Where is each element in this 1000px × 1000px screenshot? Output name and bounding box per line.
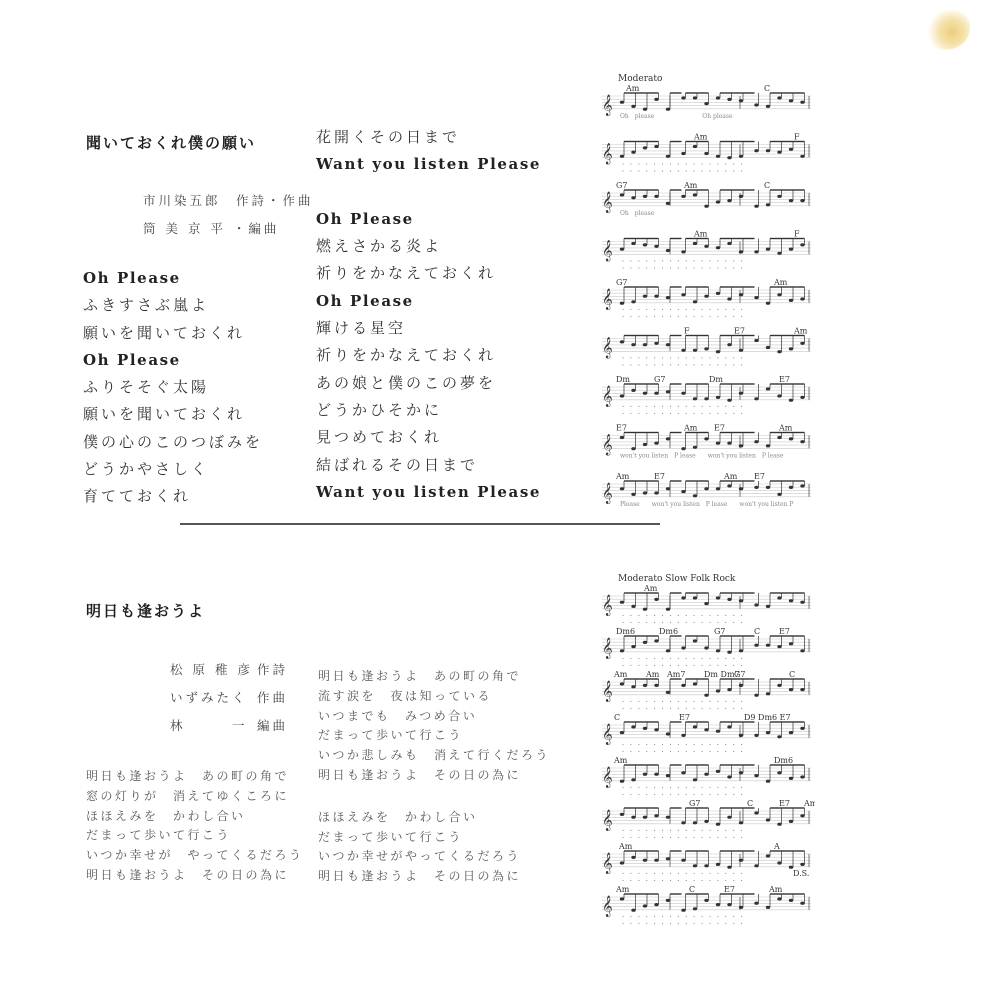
chord-symbol: C (754, 627, 760, 636)
svg-text:・ ・ ・ ・ ・ ・ ・ ・ ・ ・ ・ ・ ・ ・ ・: ・ ・ ・ ・ ・ ・ ・ ・ ・ ・ ・ ・ ・ ・ ・ ・ (620, 749, 745, 756)
chord-symbol: G7 (654, 375, 665, 384)
chord-symbol: F (794, 230, 800, 239)
score-lyric-row: ・ ・ ・ ・ ・ ・ ・ ・ ・ ・ ・ ・ ・ ・ ・ ・ (620, 259, 745, 266)
chord-symbol: Dm6 (774, 756, 793, 765)
treble-clef-icon: 𝄞 (602, 192, 613, 213)
svg-text:・ ・ ・ ・ ・ ・ ・ ・ ・ ・ ・ ・ ・ ・ ・: ・ ・ ・ ・ ・ ・ ・ ・ ・ ・ ・ ・ ・ ・ ・ ・ (620, 921, 745, 928)
chord-symbol: D9 Dm6 E7 (744, 713, 791, 722)
chord-symbol: Am (625, 84, 640, 93)
lyric-line: 明日も逢おうよ その日の為に (318, 766, 550, 786)
svg-text:・ ・ ・ ・ ・ ・ ・ ・ ・ ・ ・ ・ ・ ・ ・: ・ ・ ・ ・ ・ ・ ・ ・ ・ ・ ・ ・ ・ ・ ・ ・ (620, 663, 745, 670)
lyric-line: Oh Please (316, 206, 541, 233)
lyric-line: 祈りをかなえておくれ (316, 260, 541, 287)
chord-symbol: A (773, 842, 780, 851)
lyric-line: 願いを聞いておくれ (83, 320, 263, 347)
chord-symbol: Am (615, 885, 630, 894)
lyric-line: あの娘と僕のこの夢を (316, 370, 541, 397)
treble-clef-icon: 𝄞 (602, 853, 613, 874)
lyric-line: いつか幸せがやってくるだろう (318, 847, 550, 867)
chord-symbol: E7 (779, 799, 790, 808)
score-lyric-row: ・ ・ ・ ・ ・ ・ ・ ・ ・ ・ ・ ・ ・ ・ ・ ・ (620, 871, 745, 878)
song1-sheet-music: ModeratoAmC𝄞Oh please Oh pleaseAmF𝄞・ ・ ・… (600, 72, 815, 523)
song2-credit-composer-name: いずみたく (170, 688, 248, 706)
lyric-line: 流す涙を 夜は知っている (318, 687, 550, 707)
lyric-line: 明日も逢おうよ その日の為に (86, 866, 304, 886)
treble-clef-icon: 𝄞 (602, 289, 613, 310)
score-lyric-row: ・ ・ ・ ・ ・ ・ ・ ・ ・ ・ ・ ・ ・ ・ ・ ・ (620, 162, 745, 169)
chord-symbol: Am (723, 472, 738, 481)
chord-symbol: C (789, 670, 795, 679)
stanza-gap (316, 179, 541, 206)
svg-text:・ ・ ・ ・ ・ ・ ・ ・ ・ ・ ・ ・ ・ ・ ・: ・ ・ ・ ・ ・ ・ ・ ・ ・ ・ ・ ・ ・ ・ ・ ・ (620, 266, 745, 273)
score-lyric-row: ・ ・ ・ ・ ・ ・ ・ ・ ・ ・ ・ ・ ・ ・ ・ ・ (620, 656, 745, 663)
chord-symbol: Am (693, 230, 708, 239)
song2-lyrics-left: 明日も逢おうよ あの町の角で窓の灯りが 消えてゆくころにほほえみを かわし合いだ… (86, 767, 304, 886)
svg-text:・ ・ ・ ・ ・ ・ ・ ・ ・ ・ ・ ・ ・ ・ ・: ・ ・ ・ ・ ・ ・ ・ ・ ・ ・ ・ ・ ・ ・ ・ ・ (620, 706, 745, 713)
score-lyric-row: won't you listen P lease won't you liste… (620, 453, 784, 460)
lyric-line: 燃えさかる炎よ (316, 233, 541, 260)
chord-symbol: G7 (689, 799, 700, 808)
paper-stain (925, 10, 970, 50)
lyric-line: どうかやさしく (83, 456, 263, 483)
treble-clef-icon: 𝄞 (602, 144, 613, 165)
treble-clef-icon: 𝄞 (602, 638, 613, 659)
treble-clef-icon: 𝄞 (602, 896, 613, 917)
lyric-line: Want you listen Please (316, 151, 541, 178)
lyric-line: ふきすさぶ嵐よ (83, 292, 263, 319)
svg-text:・ ・ ・ ・ ・ ・ ・ ・ ・ ・ ・ ・ ・ ・ ・: ・ ・ ・ ・ ・ ・ ・ ・ ・ ・ ・ ・ ・ ・ ・ ・ (620, 792, 745, 799)
lyric-line: いつか幸せが やってくるだろう (86, 846, 304, 866)
chord-symbol: Am (643, 584, 658, 593)
chord-symbol: E7 (714, 424, 725, 433)
svg-text:・ ・ ・ ・ ・ ・ ・ ・ ・ ・ ・ ・ ・ ・ ・: ・ ・ ・ ・ ・ ・ ・ ・ ・ ・ ・ ・ ・ ・ ・ ・ (620, 314, 745, 321)
lyric-line: 結ばれるその日まで (316, 452, 541, 479)
chord-symbol: F (684, 327, 690, 336)
chord-symbol: G7 (616, 278, 627, 287)
lyric-line: Want you listen Please (316, 479, 541, 506)
chord-symbol: Am (768, 885, 783, 894)
chord-symbol: E7 (724, 885, 735, 894)
chord-symbol: C (689, 885, 695, 894)
song1-lyrics-left: Oh Pleaseふきすさぶ嵐よ願いを聞いておくれOh Pleaseふりそそぐ太… (83, 265, 263, 511)
chord-symbol: Am (615, 472, 630, 481)
lyric-line: 僕の心のこのつぼみを (83, 429, 263, 456)
lyric-line: Oh Please (83, 347, 263, 374)
chord-symbol: F (794, 133, 800, 142)
treble-clef-icon: 𝄞 (602, 681, 613, 702)
chord-symbol: Dm6 (616, 627, 635, 636)
lyric-line: 窓の灯りが 消えてゆくころに (86, 787, 304, 807)
treble-clef-icon: 𝄞 (602, 483, 613, 504)
chord-symbol: G7 (714, 627, 725, 636)
chord-symbol: E7 (779, 627, 790, 636)
chord-symbol: C (764, 84, 770, 93)
chord-symbol: Am (613, 670, 628, 679)
score-lyric-row: Oh please (620, 210, 655, 217)
chord-symbol: E7 (679, 713, 690, 722)
song1-credit-lyrics-music: 市川染五郎 作詩・作曲 (143, 191, 314, 209)
lyric-line: 祈りをかなえておくれ (316, 342, 541, 369)
lyric-line: ほほえみを かわし合い (86, 807, 304, 827)
chord-symbol: Am (618, 842, 633, 851)
lyric-line: ふりそそぐ太陽 (83, 374, 263, 401)
svg-text:・ ・ ・ ・ ・ ・ ・ ・ ・ ・ ・ ・ ・ ・ ・: ・ ・ ・ ・ ・ ・ ・ ・ ・ ・ ・ ・ ・ ・ ・ ・ (620, 169, 745, 176)
chord-symbol: Am (613, 756, 628, 765)
lyric-line: 花開くその日まで (316, 124, 541, 151)
treble-clef-icon: 𝄞 (602, 767, 613, 788)
chord-symbol: C (747, 799, 753, 808)
lyric-line: Oh Please (316, 288, 541, 315)
lyric-line: Oh Please (83, 265, 263, 292)
score-lyric-row: ・ ・ ・ ・ ・ ・ ・ ・ ・ ・ ・ ・ ・ ・ ・ ・ (620, 828, 745, 835)
chord-symbol: Am (683, 181, 698, 190)
chord-symbol: E7 (779, 375, 790, 384)
svg-text:・ ・ ・ ・ ・ ・ ・ ・ ・ ・ ・ ・ ・ ・ ・: ・ ・ ・ ・ ・ ・ ・ ・ ・ ・ ・ ・ ・ ・ ・ ・ (620, 835, 745, 842)
lyric-line: 明日も逢おうよ あの町の角で (86, 767, 304, 787)
svg-text:・ ・ ・ ・ ・ ・ ・ ・ ・ ・ ・ ・ ・ ・ ・: ・ ・ ・ ・ ・ ・ ・ ・ ・ ・ ・ ・ ・ ・ ・ ・ (620, 878, 745, 885)
song2-credit-lyricist-name: 松 原 稚 彦 (170, 660, 253, 678)
chord-symbol: C (614, 713, 620, 722)
lyric-line: 明日も逢おうよ その日の為に (318, 867, 550, 887)
lyric-line: だまって歩いて行こう (318, 828, 550, 848)
stanza-gap (318, 786, 550, 808)
song1-lyrics-right: 花開くその日までWant you listen PleaseOh Please燃… (316, 124, 541, 506)
chord-symbol: G7 (616, 181, 627, 190)
score-lyric-row: ・ ・ ・ ・ ・ ・ ・ ・ ・ ・ ・ ・ ・ ・ ・ ・ (620, 699, 745, 706)
tempo-marking: Moderato (618, 74, 662, 84)
lyric-line: いつか悲しみも 消えて行くだろう (318, 746, 550, 766)
treble-clef-icon: 𝄞 (602, 338, 613, 359)
score-lyric-row: ・ ・ ・ ・ ・ ・ ・ ・ ・ ・ ・ ・ ・ ・ ・ ・ (620, 613, 745, 620)
chord-symbol: Am (683, 424, 698, 433)
song2-title: 明日も逢おうよ (86, 600, 205, 621)
svg-text:・ ・ ・ ・ ・ ・ ・ ・ ・ ・ ・ ・ ・ ・ ・: ・ ・ ・ ・ ・ ・ ・ ・ ・ ・ ・ ・ ・ ・ ・ ・ (620, 363, 745, 370)
chord-symbol: Am (778, 424, 793, 433)
chord-symbol: E7 (616, 424, 627, 433)
score-lyric-row: ・ ・ ・ ・ ・ ・ ・ ・ ・ ・ ・ ・ ・ ・ ・ ・ (620, 356, 745, 363)
chord-symbol: Am (803, 799, 815, 808)
chord-symbol: Dm6 (659, 627, 678, 636)
song2-credit-composer-role: 作曲 (257, 688, 288, 706)
treble-clef-icon: 𝄞 (602, 386, 613, 407)
lyric-line: 願いを聞いておくれ (83, 401, 263, 428)
chord-symbol: C (764, 181, 770, 190)
treble-clef-icon: 𝄞 (602, 810, 613, 831)
treble-clef-icon: 𝄞 (602, 595, 613, 616)
chord-symbol: G7 (734, 670, 745, 679)
treble-clef-icon: 𝄞 (602, 435, 613, 456)
lyric-line: 育てておくれ (83, 483, 263, 510)
chord-symbol: Am (693, 133, 708, 142)
lyric-line: 明日も逢おうよ あの町の角で (318, 667, 550, 687)
lyric-line: だまって歩いて行こう (318, 726, 550, 746)
chord-symbol: Am (645, 670, 660, 679)
song2-lyrics-right: 明日も逢おうよ あの町の角で流す涙を 夜は知っているいつまでも みつめ合いだまっ… (318, 667, 550, 887)
section-divider (180, 523, 660, 525)
score-lyric-row: Oh please Oh please (620, 113, 733, 120)
chord-symbol: Am (773, 278, 788, 287)
score-lyric-row: ・ ・ ・ ・ ・ ・ ・ ・ ・ ・ ・ ・ ・ ・ ・ ・ (620, 307, 745, 314)
chord-symbol: Dm (616, 375, 630, 384)
song1-credit-arrangement: 筒 美 京 平 ・編曲 (143, 219, 279, 237)
treble-clef-icon: 𝄞 (602, 724, 613, 745)
song2-credit-arranger-name: 林 一 (170, 716, 248, 734)
dal-segno-marking: D.S. (793, 869, 809, 878)
treble-clef-icon: 𝄞 (602, 241, 613, 262)
chord-symbol: E7 (754, 472, 765, 481)
chord-symbol: Am7 (666, 670, 685, 679)
score-lyric-row: ・ ・ ・ ・ ・ ・ ・ ・ ・ ・ ・ ・ ・ ・ ・ ・ (620, 914, 745, 921)
treble-clef-icon: 𝄞 (602, 95, 613, 116)
lyric-line: 輝ける星空 (316, 315, 541, 342)
lyric-line: だまって歩いて行こう (86, 826, 304, 846)
svg-text:・ ・ ・ ・ ・ ・ ・ ・ ・ ・ ・ ・ ・ ・ ・: ・ ・ ・ ・ ・ ・ ・ ・ ・ ・ ・ ・ ・ ・ ・ ・ (620, 411, 745, 418)
song2-sheet-music: Moderato Slow Folk RockAm𝄞・ ・ ・ ・ ・ ・ ・ … (600, 572, 815, 930)
chord-symbol: Am (793, 327, 808, 336)
tempo-marking: Moderato Slow Folk Rock (618, 574, 736, 584)
lyric-line: 見つめておくれ (316, 424, 541, 451)
lyric-line: どうかひそかに (316, 397, 541, 424)
song2-credit-lyricist-role: 作詩 (257, 660, 288, 678)
svg-text:・ ・ ・ ・ ・ ・ ・ ・ ・ ・ ・ ・ ・ ・ ・: ・ ・ ・ ・ ・ ・ ・ ・ ・ ・ ・ ・ ・ ・ ・ ・ (620, 620, 745, 627)
chord-symbol: E7 (654, 472, 665, 481)
score-lyric-row: ・ ・ ・ ・ ・ ・ ・ ・ ・ ・ ・ ・ ・ ・ ・ ・ (620, 785, 745, 792)
song1-title: 聞いておくれ僕の願い (86, 132, 256, 153)
chord-symbol: Dm (709, 375, 723, 384)
lyric-line: いつまでも みつめ合い (318, 707, 550, 727)
lyric-line: ほほえみを かわし合い (318, 808, 550, 828)
song2-credit-arranger-role: 編曲 (257, 716, 288, 734)
chord-symbol: E7 (734, 327, 745, 336)
score-lyric-row: ・ ・ ・ ・ ・ ・ ・ ・ ・ ・ ・ ・ ・ ・ ・ ・ (620, 742, 745, 749)
score-lyric-row: Please won't you listen P lease won't yo… (620, 501, 793, 508)
score-lyric-row: ・ ・ ・ ・ ・ ・ ・ ・ ・ ・ ・ ・ ・ ・ ・ ・ (620, 404, 745, 411)
